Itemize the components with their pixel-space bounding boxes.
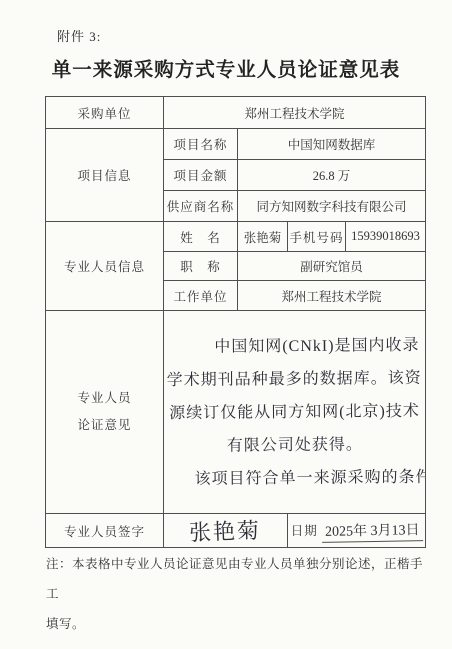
opinion-form-table: 采购单位 郑州工程技术学院 项目信息 项目名称 中国知网数据库 项目金额 26.… <box>45 96 426 548</box>
handwritten-opinion: 中国知网(CNkI)是国内收录 学术期刊品种最多的数据库。该资 源续订仅能从同方… <box>164 328 426 495</box>
phone-value: 15939018693 <box>346 222 426 252</box>
work-unit-label: 工作单位 <box>164 281 238 311</box>
project-info-label: 项目信息 <box>46 129 164 222</box>
project-amount-label: 项目金额 <box>164 160 238 191</box>
date-label: 日期 <box>291 524 318 538</box>
opinion-line: 中国知网(CNkI)是国内收录 <box>164 328 425 363</box>
footer-note-line1: 注：本表格中专业人员论证意见由专业人员单独分别论述，正楷手工 <box>46 557 423 601</box>
project-name-label: 项目名称 <box>164 129 238 160</box>
opinion-line: 有限公司处获得。 <box>164 427 425 462</box>
supplier-name-value: 同方知网数字科技有限公司 <box>238 191 426 222</box>
opinion-label-line1: 专业人员 <box>46 385 163 412</box>
phone-label: 手机号码 <box>288 222 346 252</box>
opinion-line: 源续订仅能从同方知网(北京)技术 <box>164 394 425 429</box>
purchase-unit-label: 采购单位 <box>46 97 164 129</box>
date-cell: 日期 2025年 3月13日 <box>288 514 426 548</box>
supplier-name-label: 供应商名称 <box>164 191 238 222</box>
purchase-unit-value: 郑州工程技术学院 <box>164 97 426 129</box>
opinion-content-cell: 中国知网(CNkI)是国内收录 学术期刊品种最多的数据库。该资 源续订仅能从同方… <box>164 311 426 514</box>
opinion-line: 学术期刊品种最多的数据库。该资 <box>164 361 425 396</box>
opinion-label-line2: 论证意见 <box>46 412 163 439</box>
table-row: 专业人员信息 姓 名 张艳菊 手机号码 15939018693 <box>46 222 426 252</box>
signature-label: 专业人员签字 <box>46 514 164 548</box>
footer-note: 注：本表格中专业人员论证意见由专业人员单独分别论述，正楷手工 填写。 <box>46 549 430 639</box>
handwritten-signature: 张艳菊 <box>189 514 262 547</box>
signature-cell: 张艳菊 <box>164 514 288 548</box>
person-name-label: 姓 名 <box>164 222 238 252</box>
opinion-label: 专业人员 论证意见 <box>46 311 164 514</box>
table-row: 项目信息 项目名称 中国知网数据库 <box>46 129 426 160</box>
attachment-label: 附件 3: <box>57 26 101 45</box>
table-row: 采购单位 郑州工程技术学院 <box>46 97 426 129</box>
job-title-value: 副研究馆员 <box>238 252 426 281</box>
document-page: 附件 3: 单一来源采购方式专业人员论证意见表 采购单位 郑州工程技术学院 项目… <box>0 0 452 649</box>
project-name-value: 中国知网数据库 <box>238 129 426 160</box>
personnel-info-label: 专业人员信息 <box>46 222 164 311</box>
project-amount-value: 26.8 万 <box>238 160 426 191</box>
work-unit-value: 郑州工程技术学院 <box>238 281 426 311</box>
person-name-value: 张艳菊 <box>238 222 288 252</box>
table-row: 专业人员 论证意见 中国知网(CNkI)是国内收录 学术期刊品种最多的数据库。该… <box>46 311 426 514</box>
job-title-label: 职 称 <box>164 252 238 281</box>
opinion-line: 该项目符合单一来源采购的条件。 <box>164 460 425 495</box>
table-row: 专业人员签字 张艳菊 日期 2025年 3月13日 <box>46 514 426 548</box>
footer-note-line2: 填写。 <box>46 617 85 631</box>
page-title: 单一来源采购方式专业人员论证意见表 <box>0 54 452 82</box>
handwritten-date: 2025年 3月13日 <box>322 519 423 543</box>
